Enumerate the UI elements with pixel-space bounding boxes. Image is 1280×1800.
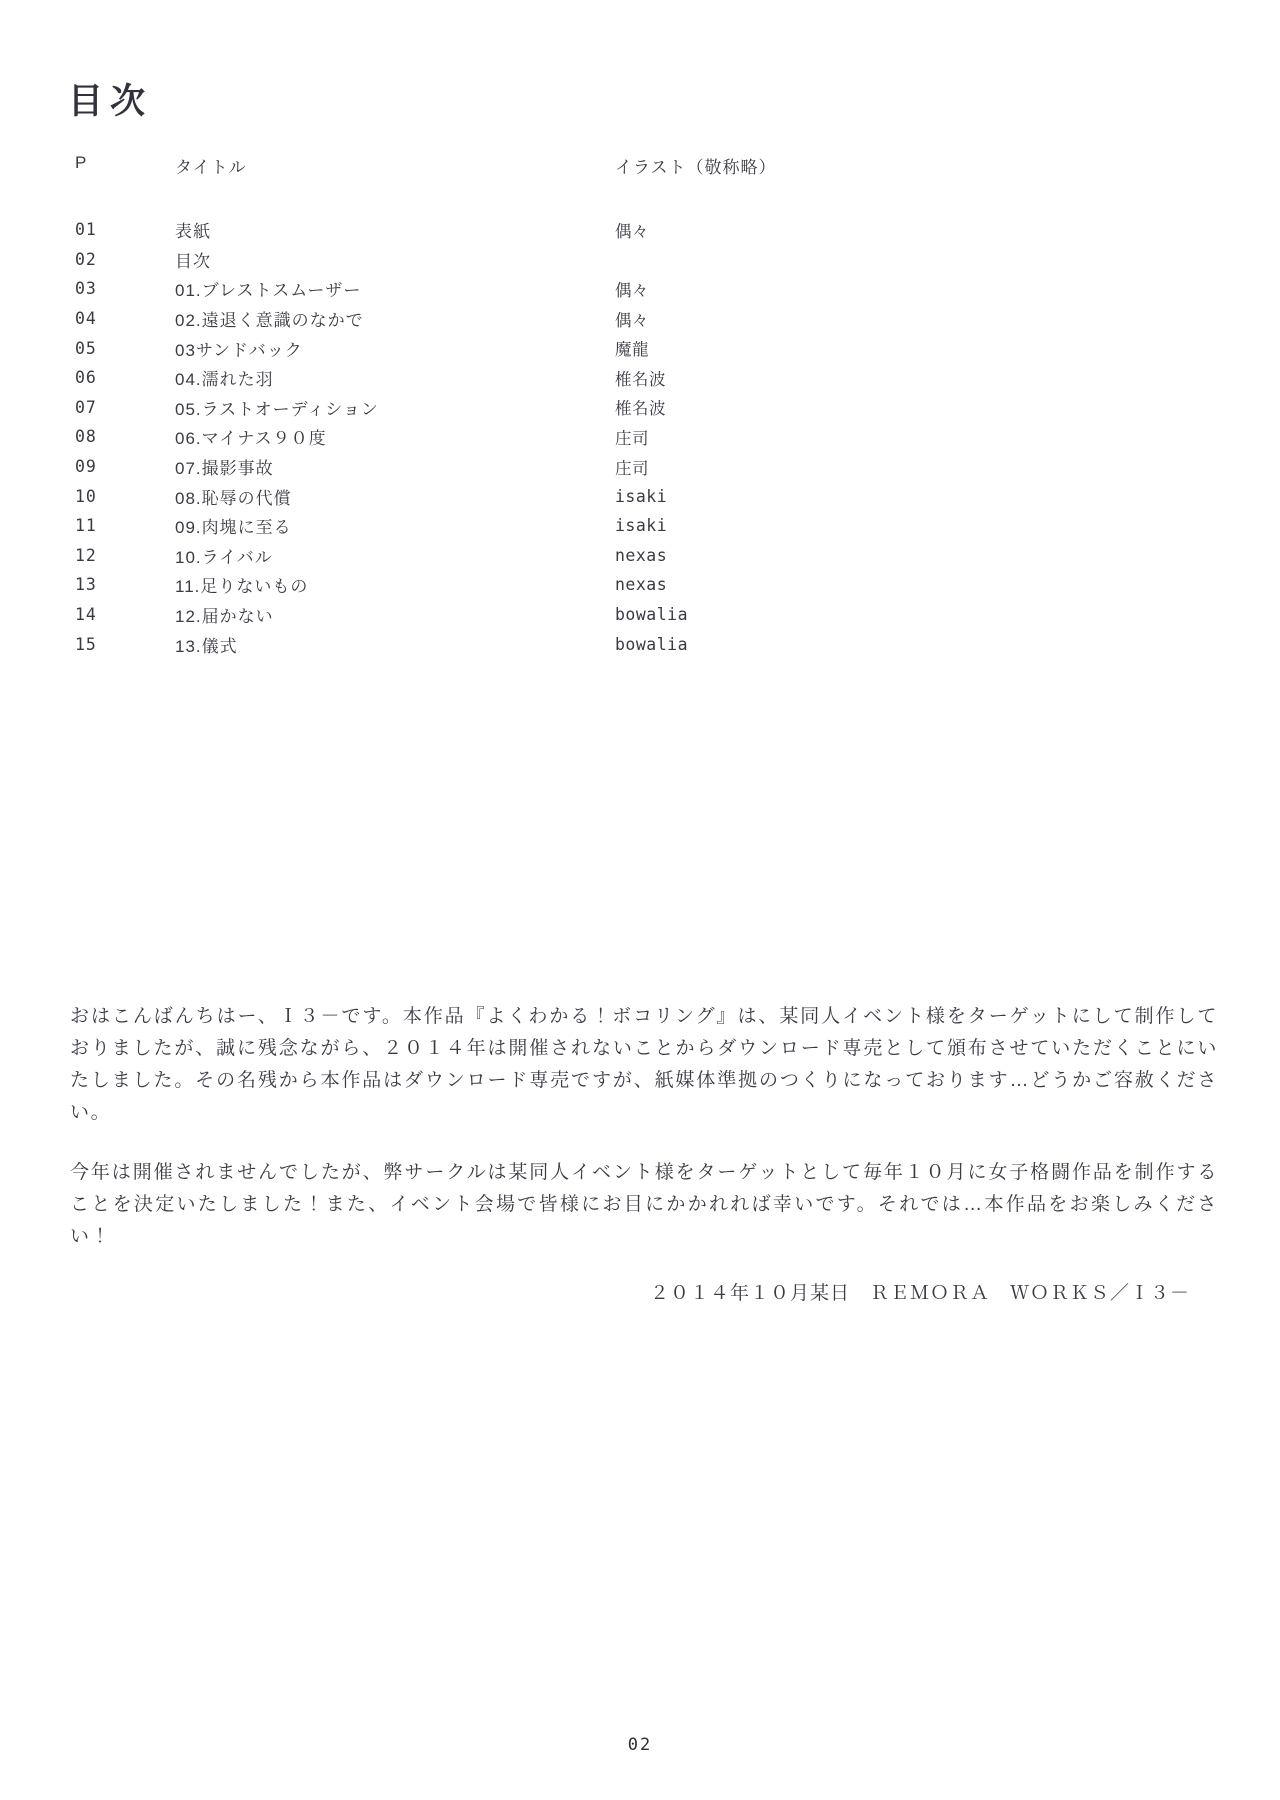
toc-row-title: 表紙 xyxy=(175,217,615,242)
toc-header-title: タイトル xyxy=(175,153,615,178)
toc-row-title: 12.届かない xyxy=(175,602,615,627)
page-number: 02 xyxy=(0,1735,1280,1755)
toc-row-page: 08 xyxy=(75,427,175,446)
table-row: 1311.足りないものnexas xyxy=(75,570,1215,600)
toc-row-illustrator: 庄司 xyxy=(615,425,1215,449)
toc-row-title: 08.恥辱の代償 xyxy=(175,484,615,509)
table-row: 0907.撮影事故庄司 xyxy=(75,452,1215,482)
toc-row-title: 07.撮影事故 xyxy=(175,454,615,479)
toc-row-page: 05 xyxy=(75,339,175,358)
toc-row-page: 12 xyxy=(75,546,175,565)
toc-row-title: 10.ライバル xyxy=(175,543,615,568)
toc-row-illustrator: 魔龍 xyxy=(615,336,1215,360)
toc-row-illustrator: bowalia xyxy=(615,605,1215,624)
credit-line: ２０１４年１０月某日 ＲＥＭＯＲＡ ＷＯＲＫＳ／Ｉ３－ xyxy=(650,1278,1190,1305)
toc-row-title: 03サンドバック xyxy=(175,336,615,361)
toc-row-illustrator: isaki xyxy=(615,487,1215,506)
table-row: 1513.儀式bowalia xyxy=(75,629,1215,659)
toc-header-page: P xyxy=(75,153,175,178)
afterword-paragraph-2: 今年は開催されませんでしたが、弊サークルは某同人イベント様をターゲットとして毎年… xyxy=(70,1157,1218,1253)
toc-row-illustrator: 偶々 xyxy=(615,277,1215,301)
toc-row-page: 15 xyxy=(75,635,175,654)
toc-row-title: 13.儀式 xyxy=(175,632,615,657)
table-row: 0705.ラストオーディション椎名波 xyxy=(75,393,1215,423)
toc-row-title: 09.肉塊に至る xyxy=(175,513,615,538)
toc-header-row: P タイトル イラスト（敬称略） xyxy=(75,153,1215,178)
toc-row-illustrator: nexas xyxy=(615,575,1215,594)
toc-row-page: 13 xyxy=(75,575,175,594)
toc-row-page: 03 xyxy=(75,279,175,298)
toc-rows: 01表紙偶々02目次0301.ブレストスムーザー偶々0402.遠退く意識のなかで… xyxy=(75,215,1215,659)
table-row: 0806.マイナス９０度庄司 xyxy=(75,422,1215,452)
toc-row-page: 06 xyxy=(75,368,175,387)
toc-row-title: 05.ラストオーディション xyxy=(175,395,615,420)
toc-row-title: 02.遠退く意識のなかで xyxy=(175,306,615,331)
toc-row-page: 11 xyxy=(75,516,175,535)
toc-row-page: 09 xyxy=(75,457,175,476)
toc-row-page: 04 xyxy=(75,309,175,328)
toc-row-illustrator: isaki xyxy=(615,516,1215,535)
toc-row-page: 01 xyxy=(75,220,175,239)
table-row: 02目次 xyxy=(75,245,1215,275)
table-row: 0301.ブレストスムーザー偶々 xyxy=(75,274,1215,304)
table-row: 1109.肉塊に至るisaki xyxy=(75,511,1215,541)
toc-row-title: 11.足りないもの xyxy=(175,572,615,597)
toc-row-illustrator: 庄司 xyxy=(615,455,1215,479)
toc-row-title: 06.マイナス９０度 xyxy=(175,424,615,449)
toc-row-page: 02 xyxy=(75,250,175,269)
toc-row-page: 10 xyxy=(75,487,175,506)
table-row: 1008.恥辱の代償isaki xyxy=(75,481,1215,511)
table-row: 01表紙偶々 xyxy=(75,215,1215,245)
toc-row-title: 04.濡れた羽 xyxy=(175,365,615,390)
table-row: 0503サンドバック魔龍 xyxy=(75,333,1215,363)
toc-header-illustrator: イラスト（敬称略） xyxy=(615,153,1215,178)
toc-row-title: 目次 xyxy=(175,247,615,272)
toc-row-illustrator: 椎名波 xyxy=(615,366,1215,390)
toc-row-illustrator: 偶々 xyxy=(615,218,1215,242)
toc-row-page: 07 xyxy=(75,398,175,417)
afterword-paragraph-1: おはこんばんちはー、Ｉ３－です。本作品『よくわかる！ボコリング』は、某同人イベン… xyxy=(70,1001,1218,1129)
table-row: 0402.遠退く意識のなかで偶々 xyxy=(75,304,1215,334)
table-row: 1412.届かないbowalia xyxy=(75,600,1215,630)
toc-row-title: 01.ブレストスムーザー xyxy=(175,276,615,301)
toc-row-illustrator: 偶々 xyxy=(615,307,1215,331)
toc-row-illustrator: bowalia xyxy=(615,635,1215,654)
page-title: 目次 xyxy=(68,74,152,124)
toc-row-page: 14 xyxy=(75,605,175,624)
toc-row-illustrator: 椎名波 xyxy=(615,395,1215,419)
toc-row-illustrator: nexas xyxy=(615,546,1215,565)
table-row: 1210.ライバルnexas xyxy=(75,541,1215,571)
table-row: 0604.濡れた羽椎名波 xyxy=(75,363,1215,393)
